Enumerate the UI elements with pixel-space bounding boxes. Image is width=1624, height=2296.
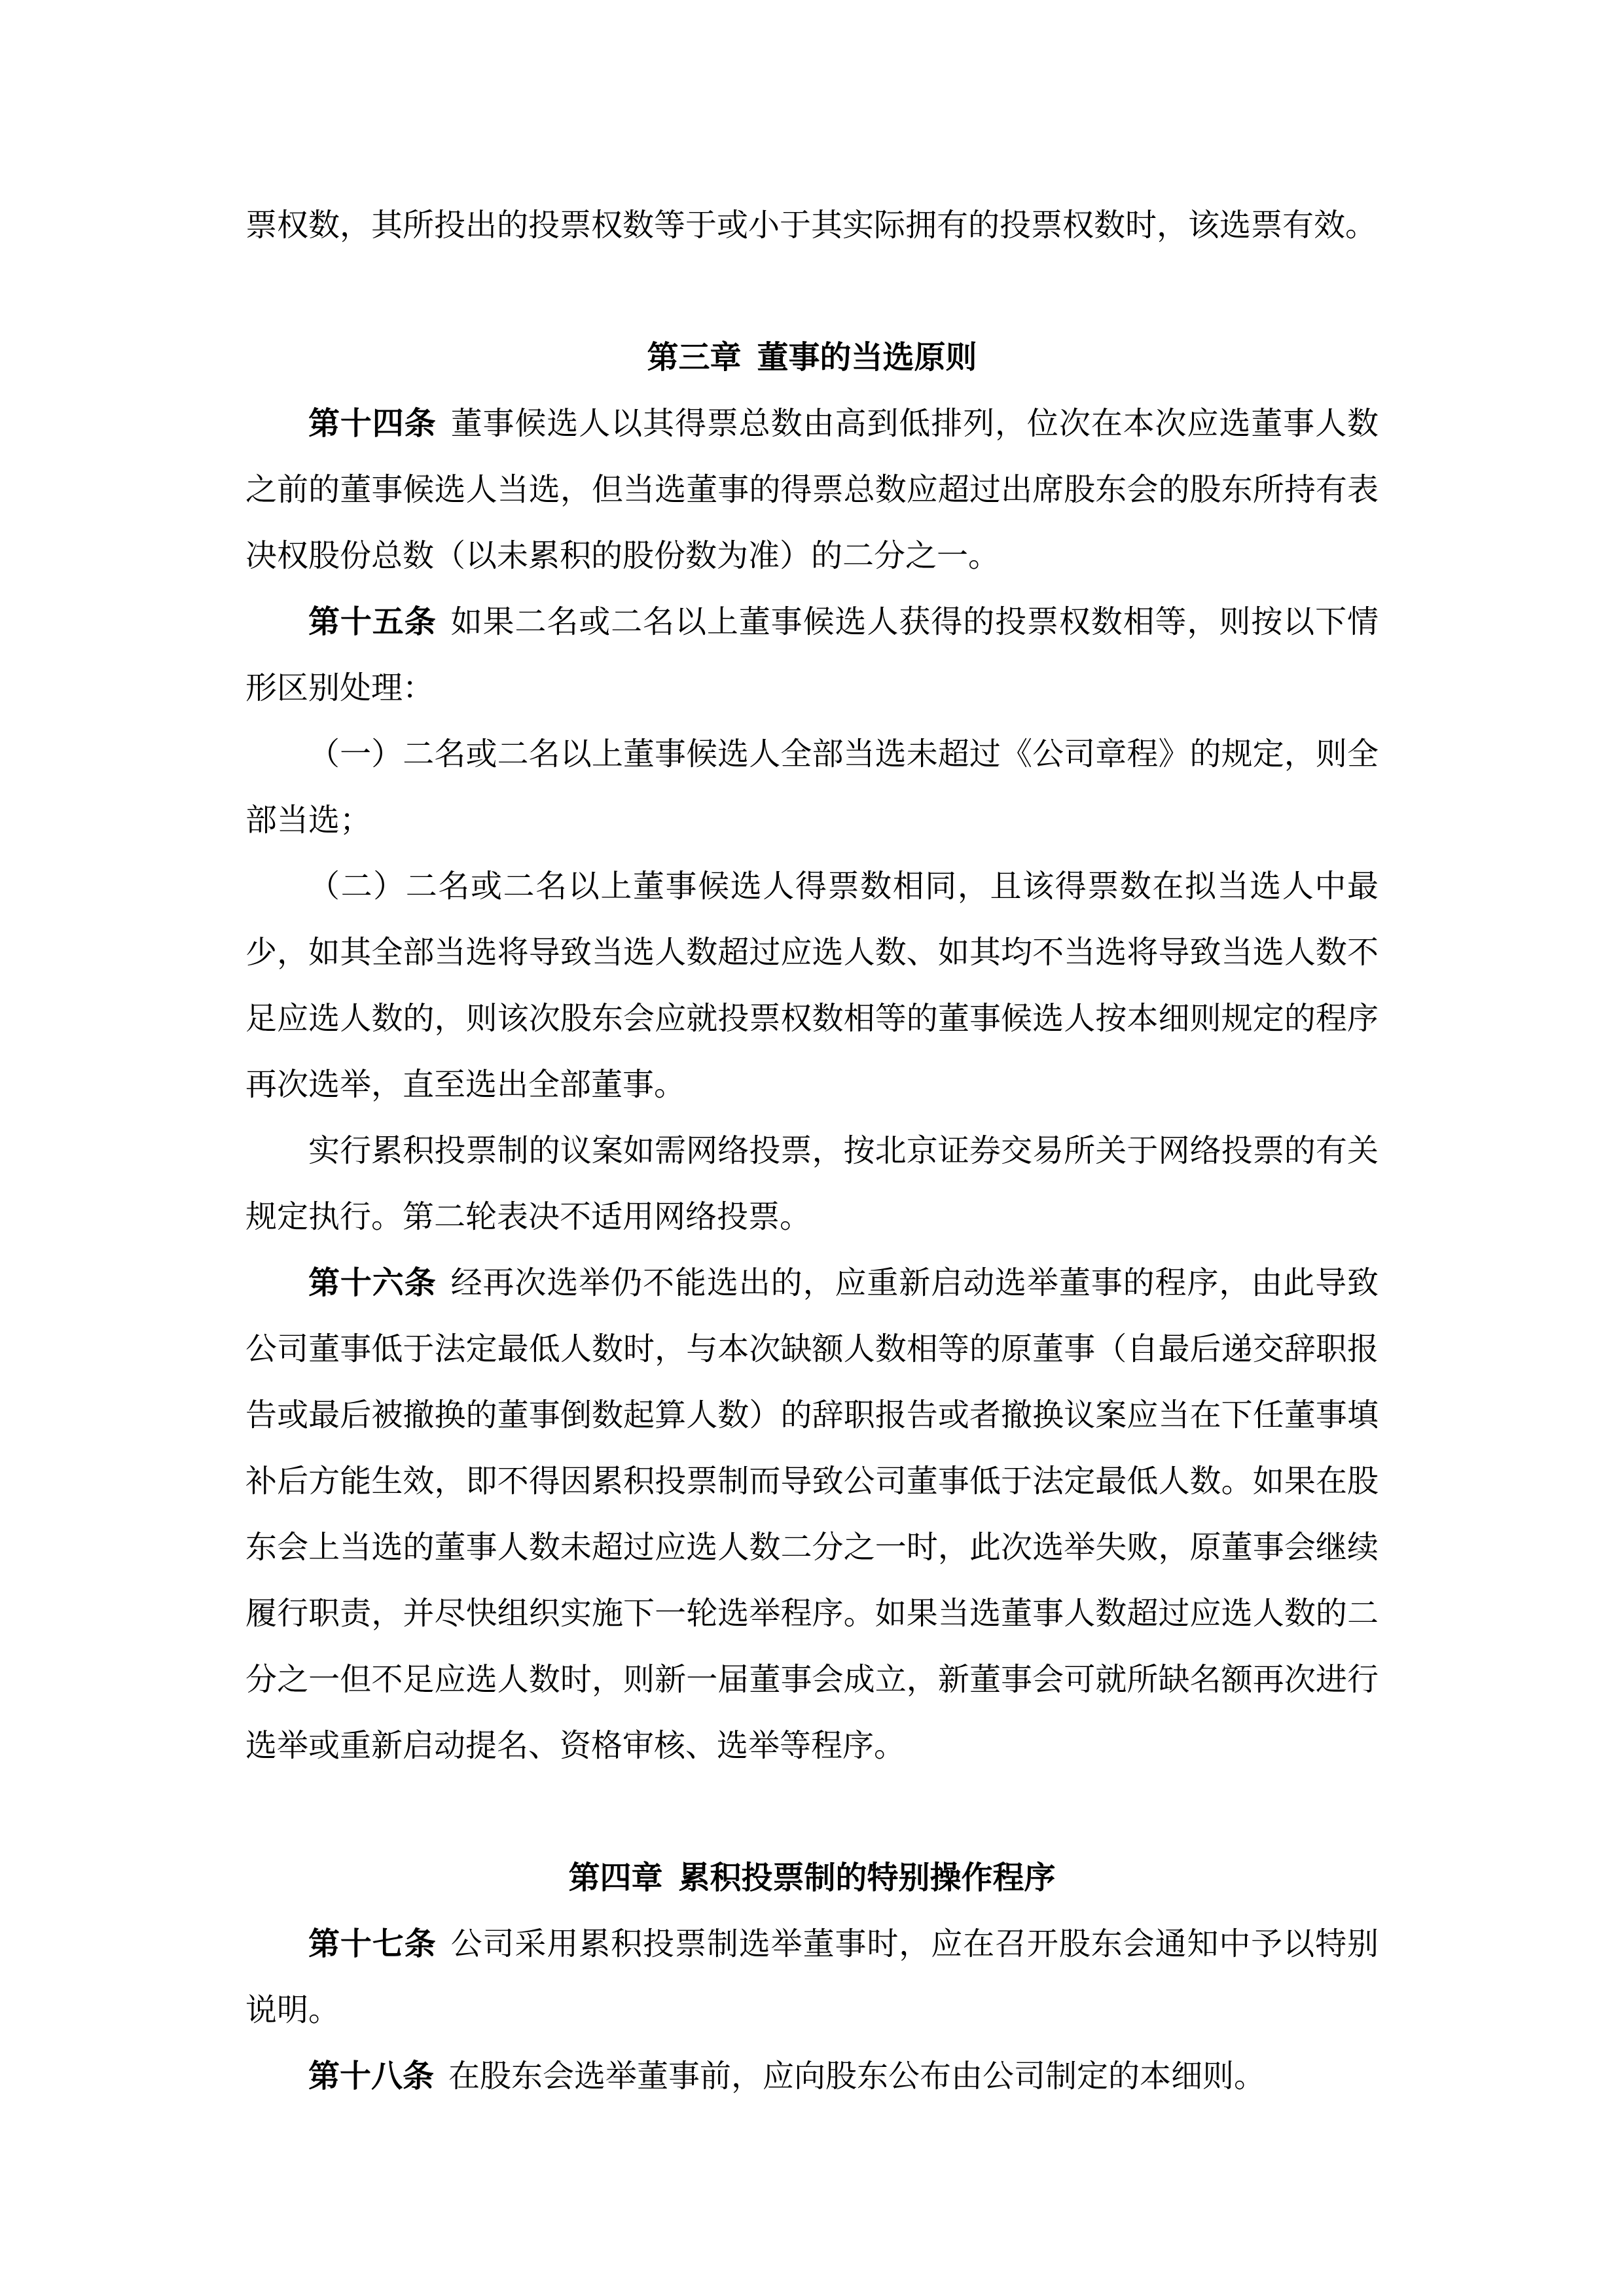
document-page: 票权数，其所投出的投票权数等于或小于其实际拥有的投票权数时，该选票有效。 第三章… — [0, 0, 1624, 2296]
document-content: 票权数，其所投出的投票权数等于或小于其实际拥有的投票权数时，该选票有效。 第三章… — [245, 192, 1379, 2109]
chapter-4-title: 累积投票制的特别操作程序 — [679, 1861, 1056, 1895]
paragraph-continuation: 票权数，其所投出的投票权数等于或小于其实际拥有的投票权数时，该选票有效。 — [245, 192, 1379, 259]
article-18-number: 第十八条 — [308, 2059, 434, 2094]
chapter-3-number: 第三章 — [647, 340, 741, 375]
chapter-3-heading: 第三章董事的当选原则 — [245, 325, 1379, 391]
article-18-text: 在股东会选举董事前，应向股东公布由公司制定的本细则。 — [448, 2059, 1265, 2094]
article-15: 第十五条如果二名或二名以上董事候选人获得的投票权数相等，则按以下情形区别处理： — [245, 589, 1379, 721]
article-17: 第十七条公司采用累积投票制选举董事时，应在召开股东会通知中予以特别说明。 — [245, 1911, 1379, 2043]
chapter-3-title: 董事的当选原则 — [757, 340, 977, 375]
network-voting-note: 实行累积投票制的议案如需网络投票，按北京证券交易所关于网络投票的有关规定执行。第… — [245, 1118, 1379, 1250]
article-18: 第十八条在股东会选举董事前，应向股东公布由公司制定的本细则。 — [245, 2043, 1379, 2109]
article-16: 第十六条经再次选举仍不能选出的，应重新启动选举董事的程序，由此导致公司董事低于法… — [245, 1250, 1379, 1779]
article-15-number: 第十五条 — [308, 605, 437, 639]
article-15-item-1: （一）二名或二名以上董事候选人全部当选未超过《公司章程》的规定，则全部当选； — [245, 721, 1379, 853]
chapter-4-number: 第四章 — [568, 1861, 662, 1895]
article-15-item-2: （二）二名或二名以上董事候选人得票数相同，且该得票数在拟当选人中最少，如其全部当… — [245, 853, 1379, 1118]
article-14: 第十四条董事候选人以其得票总数由高到低排列，位次在本次应选董事人数之前的董事候选… — [245, 391, 1379, 589]
chapter-4-heading: 第四章累积投票制的特别操作程序 — [245, 1845, 1379, 1911]
article-16-number: 第十六条 — [308, 1266, 437, 1300]
article-17-number: 第十七条 — [308, 1927, 437, 1962]
article-16-text: 经再次选举仍不能选出的，应重新启动选举董事的程序，由此导致公司董事低于法定最低人… — [245, 1266, 1379, 1763]
article-14-number: 第十四条 — [308, 406, 437, 441]
